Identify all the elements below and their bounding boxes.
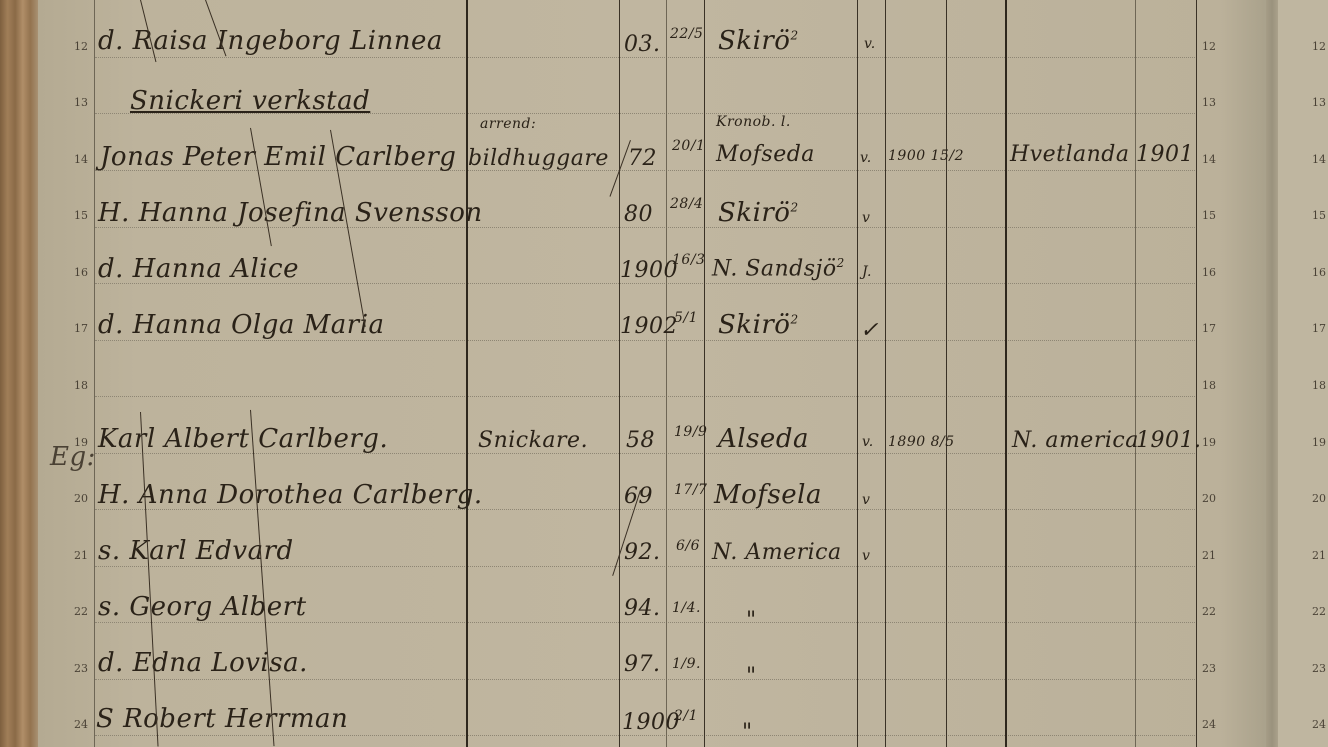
entry-occupation: bildhuggare [468, 146, 609, 171]
page-gutter [1266, 0, 1278, 747]
facing-row-number: 13 [1312, 96, 1328, 109]
entry-birth-date: 20/1 [672, 138, 705, 154]
row-rule [95, 622, 1197, 623]
entry-birth-date: 1/9. [672, 656, 701, 672]
entry-birth-year: 1900 [622, 710, 680, 735]
entry-birthplace: N. Sandsjö2 [712, 256, 845, 281]
facing-row-number: 24 [1312, 718, 1328, 731]
row-number-right: 20 [1202, 492, 1226, 505]
entry-birth-year: 1902 [620, 314, 678, 339]
facing-row-number: 15 [1312, 209, 1328, 222]
entry-birthplace: Skirö2 [718, 26, 799, 56]
row-number: 23 [64, 662, 88, 675]
column-divider-name [94, 0, 95, 747]
entry-occupation-note: arrend: [480, 116, 536, 132]
entry-birthplace-ditto: " [746, 664, 757, 689]
entry-birth-date: 16/3 [672, 252, 705, 268]
row-number: 15 [64, 209, 88, 222]
entry-occupation: Snickare. [478, 428, 588, 453]
entry-birth-year: 03. [624, 32, 661, 57]
entry-moved-in: 1890 8/5 [888, 434, 955, 450]
row-rule [95, 340, 1197, 341]
row-number-right: 24 [1202, 718, 1226, 731]
entry-birthplace: Skirö2 [718, 310, 799, 340]
entry-birth-date: 5/1 [674, 310, 698, 326]
column-divider-date [666, 0, 667, 747]
row-number-right: 15 [1202, 209, 1226, 222]
entry-birth-date: 19/9 [674, 424, 707, 440]
row-rule [95, 735, 1197, 736]
row-rule [95, 57, 1197, 58]
entry-birthplace: Alseda [718, 424, 809, 454]
entry-birth-date: 6/6 [676, 538, 700, 554]
column-divider-blank [946, 0, 947, 747]
entry-name: d. Hanna Alice [98, 254, 299, 284]
facing-row-number: 14 [1312, 153, 1328, 166]
row-number: 16 [64, 266, 88, 279]
facing-row-number: 22 [1312, 605, 1328, 618]
column-divider-right-numbers [1196, 0, 1197, 747]
entry-name: s. Karl Edvard [98, 536, 294, 566]
book-spine-edge [0, 0, 38, 747]
entry-birthplace: Skirö2 [718, 198, 799, 228]
entry-mark: v [862, 492, 870, 508]
entry-name: s. Georg Albert [98, 592, 307, 622]
row-number-right: 12 [1202, 40, 1226, 53]
entry-birth-year: 97. [624, 652, 661, 677]
column-divider-birthplace [704, 0, 705, 747]
column-divider-moved-to [1005, 0, 1007, 747]
entry-birth-date: 1/4. [672, 600, 701, 616]
entry-birthplace-ditto: " [746, 608, 757, 633]
row-number: 20 [64, 492, 88, 505]
section-heading: Snickeri verkstad [130, 86, 370, 116]
entry-birth-date: 2/1 [674, 708, 698, 724]
row-number-right: 13 [1202, 96, 1226, 109]
facing-row-number: 17 [1312, 322, 1328, 335]
entry-birthplace-ditto: " [742, 720, 753, 745]
entry-birth-year: 94. [624, 596, 661, 621]
entry-name: d. Edna Lovisa. [98, 648, 308, 678]
entry-birthplace: Mofsela [714, 480, 822, 510]
row-number: 18 [64, 379, 88, 392]
column-divider-moved-year [1135, 0, 1136, 747]
row-number-right: 21 [1202, 549, 1226, 562]
entry-birth-date: 22/5 [670, 26, 703, 42]
row-number: 22 [64, 605, 88, 618]
entry-mark: v. [862, 434, 874, 450]
entry-name: d. Hanna Olga Maria [98, 310, 385, 340]
facing-row-number: 20 [1312, 492, 1328, 505]
entry-mark: v. [860, 150, 872, 166]
row-number: 17 [64, 322, 88, 335]
row-number: 24 [64, 718, 88, 731]
row-number-right: 23 [1202, 662, 1226, 675]
row-number-right: 18 [1202, 379, 1226, 392]
entry-moved-in: 1900 15/2 [888, 148, 964, 164]
row-number: 13 [64, 96, 88, 109]
entry-mark: v [862, 210, 870, 226]
entry-birthplace-note: Kronob. l. [716, 114, 791, 130]
margin-note: Eg: [50, 442, 96, 472]
entry-moved-to: Hvetlanda [1010, 142, 1130, 167]
column-divider-mark [857, 0, 858, 747]
row-number-right: 19 [1202, 436, 1226, 449]
row-number: 21 [64, 549, 88, 562]
row-number-right: 14 [1202, 153, 1226, 166]
row-number-right: 22 [1202, 605, 1226, 618]
facing-row-number: 19 [1312, 436, 1328, 449]
entry-mark: v [862, 548, 870, 564]
entry-birth-year: 1900 [620, 258, 678, 283]
entry-name: Jonas Peter Emil Carlberg [100, 142, 456, 172]
entry-name: H. Hanna Josefina Svensson [98, 198, 483, 228]
facing-row-number: 18 [1312, 379, 1328, 392]
column-divider-occupation [466, 0, 468, 747]
entry-mark: J. [862, 264, 872, 280]
entry-name: S Robert Herrman [96, 704, 348, 734]
entry-birth-year: 58 [626, 428, 655, 453]
entry-birth-date: 28/4 [670, 196, 703, 212]
column-divider-moved-in [885, 0, 886, 747]
row-number-right: 17 [1202, 322, 1226, 335]
entry-birthplace: Mofseda [716, 142, 815, 167]
row-number: 14 [64, 153, 88, 166]
entry-name: H. Anna Dorothea Carlberg. [98, 480, 483, 510]
entry-mark: v. [864, 36, 876, 52]
facing-row-number: 16 [1312, 266, 1328, 279]
facing-row-number: 21 [1312, 549, 1328, 562]
row-number: 12 [64, 40, 88, 53]
facing-row-number: 23 [1312, 662, 1328, 675]
facing-page-edge [1278, 0, 1328, 747]
facing-row-number: 12 [1312, 40, 1328, 53]
entry-birth-year: 92. [624, 540, 661, 565]
row-number-right: 16 [1202, 266, 1226, 279]
entry-birth-year: 72 [628, 146, 657, 171]
entry-mark: ✓ [860, 318, 879, 343]
entry-birth-year: 80 [624, 202, 653, 227]
row-rule [95, 396, 1197, 397]
row-rule [95, 679, 1197, 680]
entry-birthplace: N. America [712, 540, 842, 565]
entry-moved-year: 1901 [1136, 142, 1194, 167]
entry-moved-to: N. america [1012, 428, 1139, 453]
column-divider-year [619, 0, 620, 747]
entry-birth-date: 17/7 [674, 482, 707, 498]
entry-moved-year: 1901. [1136, 428, 1201, 453]
